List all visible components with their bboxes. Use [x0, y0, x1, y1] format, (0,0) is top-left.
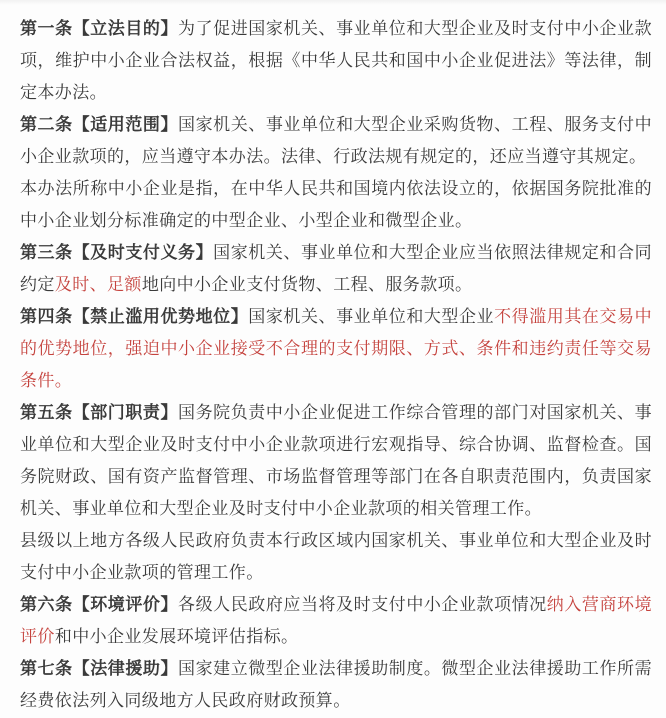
- paragraph-article-3-payment-obligation: 第三条【及时支付义务】国家机关、事业单位和大型企业应当依照法律规定和合同约定及时…: [20, 237, 652, 301]
- article-7-heading: 第七条【法律援助】: [20, 659, 178, 678]
- article-6-text-tail: 和中小企业发展环境评估指标。: [55, 627, 299, 646]
- article-body: 第一条【立法目的】为了促进国家机关、事业单位和大型企业及时支付中小企业款项，维护…: [0, 5, 666, 717]
- article-6-text: 各级人民政府应当将及时支付中小企业款项情况: [178, 595, 547, 614]
- paragraph-sme-definition: 本办法所称中小企业是指，在中华人民共和国境内依法设立的，依据国务院批准的中小企业…: [20, 173, 652, 237]
- article-1-heading: 第一条【立法目的】: [20, 19, 178, 38]
- paragraph-article-4-abuse-prohibition: 第四条【禁止滥用优势地位】国家机关、事业单位和大型企业不得滥用其在交易中的优势地…: [20, 301, 652, 397]
- article-page: 第一条【立法目的】为了促进国家机关、事业单位和大型企业及时支付中小企业款项，维护…: [0, 0, 666, 718]
- article-3-heading: 第三条【及时支付义务】: [20, 243, 213, 262]
- paragraph-article-7-legal-aid: 第七条【法律援助】国家建立微型企业法律援助制度。微型企业法律援助工作所需经费依法…: [20, 653, 652, 717]
- paragraph-article-6-environment-evaluation: 第六条【环境评价】各级人民政府应当将及时支付中小企业款项情况纳入营商环境评价和中…: [20, 589, 652, 653]
- sme-definition-text: 本办法所称中小企业是指，在中华人民共和国境内依法设立的，依据国务院批准的中小企业…: [20, 179, 652, 230]
- article-4-heading: 第四条【禁止滥用优势地位】: [20, 307, 248, 326]
- paragraph-local-government-duties: 县级以上地方各级人民政府负责本行政区域内国家机关、事业单位和大型企业及时支付中小…: [20, 525, 652, 589]
- paragraph-article-1-purpose: 第一条【立法目的】为了促进国家机关、事业单位和大型企业及时支付中小企业款项，维护…: [20, 13, 652, 109]
- local-government-duties-text: 县级以上地方各级人民政府负责本行政区域内国家机关、事业单位和大型企业及时支付中小…: [20, 531, 652, 582]
- article-4-text: 国家机关、事业单位和大型企业: [248, 307, 494, 326]
- article-2-heading: 第二条【适用范围】: [20, 115, 178, 134]
- article-6-heading: 第六条【环境评价】: [20, 595, 178, 614]
- article-3-highlight: 及时、足额: [55, 275, 142, 294]
- article-3-text-tail: 地向中小企业支付货物、工程、服务款项。: [142, 275, 473, 294]
- paragraph-article-2-scope: 第二条【适用范围】国家机关、事业单位和大型企业采购货物、工程、服务支付中小企业款…: [20, 109, 652, 173]
- article-5-heading: 第五条【部门职责】: [20, 403, 178, 422]
- paragraph-article-5-duties: 第五条【部门职责】国务院负责中小企业促进工作综合管理的部门对国家机关、事业单位和…: [20, 397, 652, 525]
